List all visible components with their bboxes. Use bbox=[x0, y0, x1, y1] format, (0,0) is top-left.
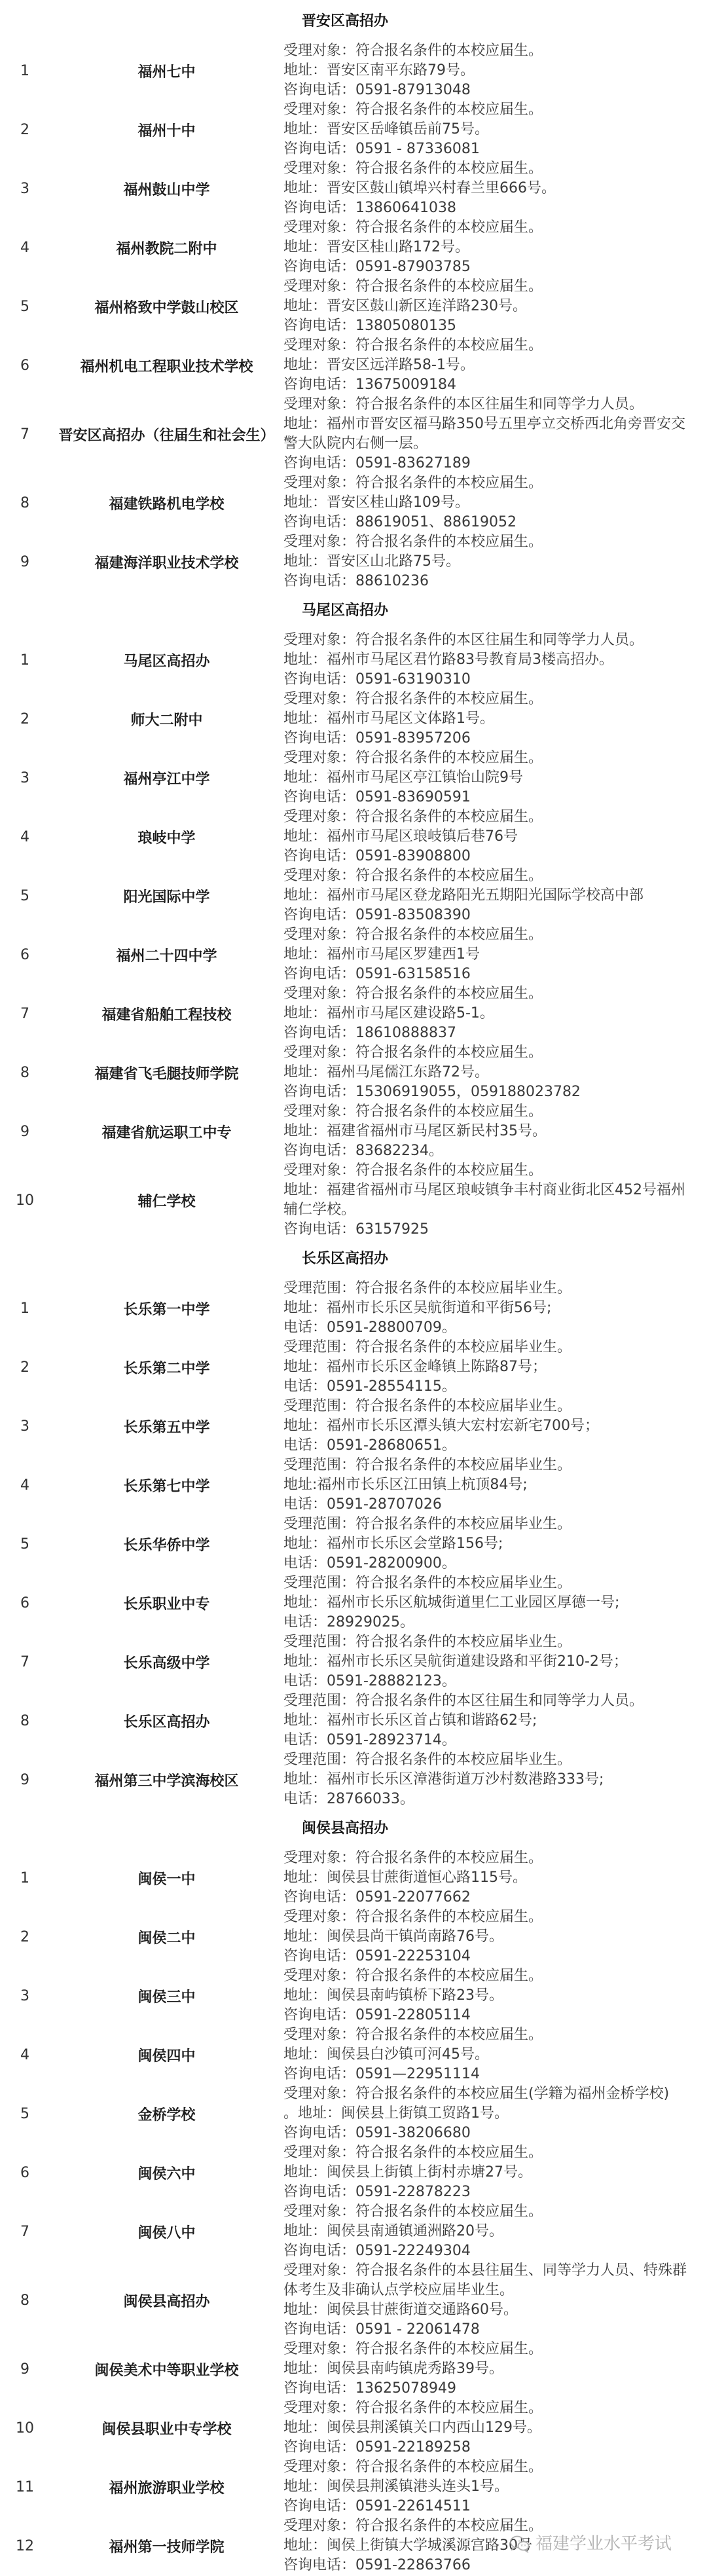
row-number: 8 bbox=[0, 2292, 50, 2309]
school-row: 4 闽侯四中 受理对象：符合报名条件的本校应届生。 地址：闽侯县白沙镇可河45号… bbox=[0, 2025, 707, 2084]
school-info: 受理对象：符合报名条件的本校应届生。 地址：福州市马尾区建设路5-1。 咨询电话… bbox=[283, 984, 696, 1043]
school-name: 闽侯县高招办 bbox=[50, 2291, 283, 2311]
school-info: 受理对象：符合报名条件的本校应届生。 地址：闽侯县甘蔗街道恒心路115号。 咨询… bbox=[283, 1849, 696, 1907]
row-number: 4 bbox=[0, 240, 50, 256]
row-number: 8 bbox=[0, 1065, 50, 1081]
school-row: 5 阳光国际中学 受理对象：符合报名条件的本校应届生。 地址：福州市马尾区登龙路… bbox=[0, 866, 707, 925]
school-name: 长乐职业中专 bbox=[50, 1593, 283, 1613]
school-list: 1 长乐第一中学 受理范围：符合报名条件的本校应届毕业生。 地址：福州市长乐区吴… bbox=[0, 1279, 707, 1809]
school-row: 2 长乐第二中学 受理范围：符合报名条件的本校应届毕业生。 地址：福州市长乐区金… bbox=[0, 1338, 707, 1397]
phone-line: 电话：0591-28882123。 bbox=[283, 1672, 696, 1691]
school-info: 受理范围：符合报名条件的本校应届毕业生。 地址:福州市长乐区江田镇上杭顶84号;… bbox=[283, 1456, 696, 1515]
school-info: 受理对象：符合报名条件的本校应届生。 地址：闽侯县南屿镇桥下路23号。 咨询电话… bbox=[283, 1966, 696, 2025]
phone-line: 电话：0591-28680651。 bbox=[283, 1436, 696, 1456]
address-line: 地址：福州市长乐区首占镇和谐路62号; bbox=[283, 1711, 696, 1731]
school-info: 受理对象：符合报名条件的本校应届生。 地址：闽侯县荆溪镇关口内西山129号。 咨… bbox=[283, 2399, 696, 2457]
phone-line: 咨询电话：0591—22951114 bbox=[283, 2065, 696, 2084]
address-line: 地址：晋安区桂山路109号。 bbox=[283, 493, 696, 513]
school-info: 受理对象：符合报名条件的本校应届生。 地址：闽侯县南通镇通洲路20号。 咨询电话… bbox=[283, 2202, 696, 2261]
wechat-icon bbox=[509, 2535, 530, 2553]
address-line: 地址：闽侯县甘蔗街道交通路60号。 bbox=[283, 2300, 696, 2320]
phone-line: 电话：0591-28707026 bbox=[283, 1495, 696, 1515]
address-line: 地址：闽侯县白沙镇可河45号。 bbox=[283, 2045, 696, 2065]
watermark-text: 福建学业水平考试 bbox=[535, 2533, 672, 2555]
row-number: 5 bbox=[0, 1536, 50, 1553]
school-row: 6 福州机电工程职业技术学校 受理对象：符合报名条件的本校应届生。 地址：晋安区… bbox=[0, 336, 707, 395]
row-number: 2 bbox=[0, 1359, 50, 1376]
address-line: 地址：闽侯县荆溪镇港头连头1号。 bbox=[283, 2477, 696, 2497]
phone-line: 咨询电话：63157925 bbox=[283, 1220, 696, 1240]
admissions-contact-table: 晋安区高招办 1 福州七中 受理对象：符合报名条件的本校应届生。 地址：晋安区南… bbox=[0, 2, 707, 2575]
row-number: 4 bbox=[0, 1477, 50, 1494]
school-row: 6 长乐职业中专 受理范围：符合报名条件的本校应届毕业生。 地址：福州市长乐区航… bbox=[0, 1573, 707, 1632]
school-row: 9 福建省航运职工中专 受理对象：符合报名条件的本校应届生。 地址：福建省福州市… bbox=[0, 1102, 707, 1161]
school-row: 2 福州十中 受理对象：符合报名条件的本校应届生。 地址：晋安区岳峰镇岳前75号… bbox=[0, 100, 707, 159]
school-name: 金桥学校 bbox=[50, 2104, 283, 2124]
address-line: 地址：福州市长乐区金峰镇上陈路87号； bbox=[283, 1357, 696, 1377]
phone-line: 咨询电话：0591-22249304 bbox=[283, 2241, 696, 2261]
school-name: 福州教院二附中 bbox=[50, 238, 283, 258]
school-name: 长乐第二中学 bbox=[50, 1357, 283, 1378]
watermark: 福建学业水平考试 bbox=[509, 2533, 672, 2555]
school-info: 受理对象：符合报名条件的本校应届生。 地址：晋安区远洋路58-1号。 咨询电话：… bbox=[283, 336, 696, 395]
school-info: 受理对象：符合报名条件的本校应届生。 地址：晋安区鼓山镇埠兴村春兰里666号。 … bbox=[283, 159, 696, 218]
eligibility-line: 受理范围：符合报名条件的本校应届毕业生。 bbox=[283, 1632, 696, 1652]
address-line: 地址：晋安区桂山路172号。 bbox=[283, 238, 696, 257]
eligibility-line: 受理对象：符合报名条件的本校应届生。 bbox=[283, 41, 696, 61]
row-number: 5 bbox=[0, 888, 50, 904]
school-info: 受理范围：符合报名条件的本校应届毕业生。 地址：福州市长乐区吴航街道建设路和平街… bbox=[283, 1632, 696, 1691]
school-row: 7 福建省船舶工程技校 受理对象：符合报名条件的本校应届生。 地址：福州市马尾区… bbox=[0, 984, 707, 1043]
district-section: 闽侯县高招办 1 闽侯一中 受理对象：符合报名条件的本校应届生。 地址：闽侯县甘… bbox=[0, 1809, 707, 2575]
school-name: 闽侯八中 bbox=[50, 2222, 283, 2242]
row-number: 1 bbox=[0, 652, 50, 669]
school-info: 受理范围：符合报名条件的本校应届毕业生。 地址：福州市长乐区会堂路156号; 电… bbox=[283, 1515, 696, 1573]
school-name: 辅仁学校 bbox=[50, 1190, 283, 1211]
school-name: 琅岐中学 bbox=[50, 827, 283, 847]
school-row: 3 长乐第五中学 受理范围：符合报名条件的本校应届毕业生。 地址：福州市长乐区潭… bbox=[0, 1397, 707, 1456]
school-name: 师大二附中 bbox=[50, 709, 283, 729]
eligibility-line: 受理对象：符合报名条件的本校应届生。 bbox=[283, 532, 696, 552]
school-info: 受理对象：符合报名条件的本区往届生和同等学力人员。 地址：福州市马尾区君竹路83… bbox=[283, 631, 696, 690]
school-name: 长乐第五中学 bbox=[50, 1416, 283, 1437]
address-line: 地址：晋安区鼓山新区连洋路230号。 bbox=[283, 297, 696, 316]
phone-line: 咨询电话：0591-63158516 bbox=[283, 965, 696, 984]
school-name: 福州亭江中学 bbox=[50, 768, 283, 788]
row-number: 6 bbox=[0, 947, 50, 963]
school-name: 福建省飞毛腿技师学院 bbox=[50, 1063, 283, 1083]
phone-line: 咨询电话：0591-22253104 bbox=[283, 1947, 696, 1966]
eligibility-line: 受理范围：符合报名条件的本区往届生和同等学力人员。 bbox=[283, 1691, 696, 1711]
school-name: 长乐第一中学 bbox=[50, 1298, 283, 1319]
school-info: 受理范围：符合报名条件的本校应届毕业生。 地址：福州市长乐区潭头镇大宏村宏新宅7… bbox=[283, 1397, 696, 1456]
phone-line: 电话：28929025。 bbox=[283, 1613, 696, 1632]
eligibility-line: 受理对象：符合报名条件的本区往届生和同等学力人员。 bbox=[283, 395, 696, 414]
school-info: 受理范围：符合报名条件的本校应届毕业生。 地址：福州市长乐区吴航街道和平街56号… bbox=[283, 1279, 696, 1338]
school-info: 受理范围：符合报名条件的本区往届生和同等学力人员。 地址：福州市长乐区首占镇和谐… bbox=[283, 1691, 696, 1750]
school-row: 10 闽侯县职业中专学校 受理对象：符合报名条件的本校应届生。 地址：闽侯县荆溪… bbox=[0, 2399, 707, 2457]
row-number: 8 bbox=[0, 1713, 50, 1729]
school-row: 3 福州鼓山中学 受理对象：符合报名条件的本校应届生。 地址：晋安区鼓山镇埠兴村… bbox=[0, 159, 707, 218]
school-list: 1 福州七中 受理对象：符合报名条件的本校应届生。 地址：晋安区南平东路79号。… bbox=[0, 41, 707, 591]
address-line: 地址：福州市长乐区会堂路156号; bbox=[283, 1534, 696, 1554]
eligibility-line: 受理对象：符合报名条件的本区往届生和同等学力人员。 bbox=[283, 631, 696, 650]
school-row: 6 闽侯六中 受理对象：符合报名条件的本校应届生。 地址：闽侯县上街镇上街村赤塘… bbox=[0, 2143, 707, 2202]
phone-line: 电话：0591-28800709。 bbox=[283, 1318, 696, 1338]
eligibility-line: 受理对象：符合报名条件的本校应届生。 bbox=[283, 690, 696, 709]
school-name: 长乐华侨中学 bbox=[50, 1534, 283, 1555]
school-name: 福州十中 bbox=[50, 120, 283, 140]
district-section: 长乐区高招办 1 长乐第一中学 受理范围：符合报名条件的本校应届毕业生。 地址：… bbox=[0, 1240, 707, 1809]
school-row: 9 福建海洋职业技术学校 受理对象：符合报名条件的本校应届生。 地址：晋安区山北… bbox=[0, 532, 707, 591]
school-info: 受理范围：符合报名条件的本校应届毕业生。 地址：福州市长乐区金峰镇上陈路87号；… bbox=[283, 1338, 696, 1397]
phone-line: 咨询电话：0591-22805114 bbox=[283, 2006, 696, 2025]
phone-line: 咨询电话：0591-38206680 bbox=[283, 2124, 696, 2143]
address-line: 地址：福州市长乐区航城街道里仁工业园区厚德一号; bbox=[283, 1593, 696, 1613]
address-line: 地址：闽侯县上街镇上街村赤塘27号。 bbox=[283, 2163, 696, 2182]
phone-line: 咨询电话：13625078949 bbox=[283, 2379, 696, 2399]
phone-line: 咨询电话：0591-87913048 bbox=[283, 81, 696, 100]
school-row: 6 福州二十四中学 受理对象：符合报名条件的本校应届生。 地址：福州市马尾区罗建… bbox=[0, 925, 707, 984]
school-name: 福建海洋职业技术学校 bbox=[50, 552, 283, 572]
phone-line: 咨询电话：18610888837 bbox=[283, 1023, 696, 1043]
school-row: 7 晋安区高招办（往届生和社会生） 受理对象：符合报名条件的本区往届生和同等学力… bbox=[0, 395, 707, 473]
school-row: 3 福州亭江中学 受理对象：符合报名条件的本校应届生。 地址：福州市马尾区亭江镇… bbox=[0, 748, 707, 807]
eligibility-line: 受理对象：符合报名条件的本校应届生。 bbox=[283, 1102, 696, 1122]
school-name: 福州七中 bbox=[50, 61, 283, 81]
eligibility-line: 受理对象：符合报名条件的本校应届生(学籍为福州金桥学校) bbox=[283, 2084, 696, 2104]
school-name: 福建铁路机电学校 bbox=[50, 493, 283, 513]
row-number: 6 bbox=[0, 2165, 50, 2181]
phone-line: 咨询电话：0591-87903785 bbox=[283, 257, 696, 277]
eligibility-line: 受理对象：符合报名条件的本校应届生。 bbox=[283, 1907, 696, 1927]
address-line: 地址：闽侯县尚干镇尚南路76号。 bbox=[283, 1927, 696, 1947]
row-number: 3 bbox=[0, 770, 50, 786]
phone-line: 咨询电话：0591-22878223 bbox=[283, 2182, 696, 2202]
school-name: 长乐高级中学 bbox=[50, 1652, 283, 1672]
phone-line: 咨询电话：0591 - 87336081 bbox=[283, 139, 696, 159]
school-row: 4 福州教院二附中 受理对象：符合报名条件的本校应届生。 地址：晋安区桂山路17… bbox=[0, 218, 707, 277]
row-number: 4 bbox=[0, 2047, 50, 2063]
row-number: 4 bbox=[0, 829, 50, 845]
eligibility-line: 受理对象：符合报名条件的本校应届生。 bbox=[283, 1966, 696, 1986]
address-line: 地址：福州市长乐区吴航街道建设路和平街210-2号； bbox=[283, 1652, 696, 1672]
school-name: 闽侯一中 bbox=[50, 1868, 283, 1888]
address-line: 地址：福州市马尾区建设路5-1。 bbox=[283, 1004, 696, 1023]
eligibility-line: 受理对象：符合报名条件的本校应届生。 bbox=[283, 748, 696, 768]
row-number: 1 bbox=[0, 63, 50, 79]
address-line: 地址：福州市长乐区漳港街道万沙村数港路333号; bbox=[283, 1770, 696, 1790]
row-number: 1 bbox=[0, 1300, 50, 1317]
school-name: 闽侯四中 bbox=[50, 2045, 283, 2065]
phone-line: 咨询电话：88610236 bbox=[283, 572, 696, 591]
school-name: 闽侯二中 bbox=[50, 1927, 283, 1947]
school-info: 受理对象：符合报名条件的本校应届生。 地址：晋安区桂山路172号。 咨询电话：0… bbox=[283, 218, 696, 277]
school-info: 受理范围：符合报名条件的本校应届毕业生。 地址：福州市长乐区漳港街道万沙村数港路… bbox=[283, 1750, 696, 1809]
phone-line: 咨询电话：88619051、88619052 bbox=[283, 513, 696, 532]
eligibility-line: 受理范围：符合报名条件的本校应届毕业生。 bbox=[283, 1573, 696, 1593]
eligibility-line: 受理范围：符合报名条件的本校应届毕业生。 bbox=[283, 1750, 696, 1770]
eligibility-line: 受理对象：符合报名条件的本校应届生。 bbox=[283, 807, 696, 827]
row-number: 1 bbox=[0, 1870, 50, 1886]
school-row: 4 琅岐中学 受理对象：符合报名条件的本校应届生。 地址：福州市马尾区琅岐镇后巷… bbox=[0, 807, 707, 866]
school-info: 受理对象：符合报名条件的本校应届生。 地址：闽侯县白沙镇可河45号。 咨询电话：… bbox=[283, 2025, 696, 2084]
row-number: 7 bbox=[0, 1006, 50, 1022]
row-number: 7 bbox=[0, 426, 50, 443]
row-number: 8 bbox=[0, 495, 50, 511]
row-number: 5 bbox=[0, 2106, 50, 2122]
continuation-line: 体考生及非确认点学校应届毕业生。 bbox=[283, 2281, 696, 2300]
address-line: 地址：福州市晋安区福马路350号五里亭立交桥西北角旁晋安交 bbox=[283, 414, 696, 434]
school-name: 福州旅游职业学校 bbox=[50, 2477, 283, 2497]
school-row: 8 长乐区高招办 受理范围：符合报名条件的本区往届生和同等学力人员。 地址：福州… bbox=[0, 1691, 707, 1750]
school-info: 受理对象：符合报名条件的本校应届生。 地址：闽侯县上街镇上街村赤塘27号。 咨询… bbox=[283, 2143, 696, 2202]
phone-line: 咨询电话：0591-22614511 bbox=[283, 2497, 696, 2516]
school-name: 福建省船舶工程技校 bbox=[50, 1004, 283, 1024]
phone-line: 咨询电话：0591-63190310 bbox=[283, 670, 696, 690]
district-section: 晋安区高招办 1 福州七中 受理对象：符合报名条件的本校应届生。 地址：晋安区南… bbox=[0, 2, 707, 591]
address-line: 地址：晋安区远洋路58-1号。 bbox=[283, 356, 696, 375]
eligibility-line: 受理范围：符合报名条件的本校应届毕业生。 bbox=[283, 1456, 696, 1475]
school-name: 晋安区高招办（往届生和社会生） bbox=[50, 424, 283, 445]
school-name: 长乐区高招办 bbox=[50, 1711, 283, 1731]
phone-line: 咨询电话：0591-83908800 bbox=[283, 847, 696, 866]
phone-line: 咨询电话：0591-22189258 bbox=[283, 2438, 696, 2457]
phone-line: 咨询电话：0591-22077662 bbox=[283, 1888, 696, 1907]
school-name: 闽侯三中 bbox=[50, 1986, 283, 2006]
phone-line: 电话：0591-28200900。 bbox=[283, 1554, 696, 1573]
phone-line: 咨询电话：0591-83508390 bbox=[283, 906, 696, 925]
school-row: 1 福州七中 受理对象：符合报名条件的本校应届生。 地址：晋安区南平东路79号。… bbox=[0, 41, 707, 100]
school-info: 受理对象：符合报名条件的本校应届生。 地址：晋安区南平东路79号。 咨询电话：0… bbox=[283, 41, 696, 100]
row-number: 2 bbox=[0, 122, 50, 138]
school-row: 4 长乐第七中学 受理范围：符合报名条件的本校应届毕业生。 地址:福州市长乐区江… bbox=[0, 1456, 707, 1515]
phone-line: 咨询电话：15306919055，059188023782 bbox=[283, 1082, 696, 1102]
row-number: 9 bbox=[0, 2361, 50, 2378]
school-name: 闽侯县职业中专学校 bbox=[50, 2418, 283, 2438]
address-line: 地址：闽侯县甘蔗街道恒心路115号。 bbox=[283, 1868, 696, 1888]
school-row: 7 长乐高级中学 受理范围：符合报名条件的本校应届毕业生。 地址：福州市长乐区吴… bbox=[0, 1632, 707, 1691]
school-info: 受理对象：符合报名条件的本校应届生。 地址：福州市马尾区亭江镇怡山院9号 咨询电… bbox=[283, 748, 696, 807]
eligibility-line: 受理对象：符合报名条件的本校应届生。 bbox=[283, 1161, 696, 1181]
row-number: 3 bbox=[0, 181, 50, 197]
school-name: 福州格致中学鼓山校区 bbox=[50, 297, 283, 317]
address-line: 地址：晋安区岳峰镇岳前75号。 bbox=[283, 120, 696, 139]
address-line: 地址：福建省福州市马尾区琅岐镇争丰村商业街北区452号福州 bbox=[283, 1181, 696, 1200]
section-title: 晋安区高招办 bbox=[0, 2, 690, 41]
school-info: 受理对象：符合报名条件的本校应届生(学籍为福州金桥学校) 。地址：闽侯县上街镇工… bbox=[283, 2084, 696, 2143]
eligibility-line: 受理对象：符合报名条件的本校应届生。 bbox=[283, 473, 696, 493]
eligibility-line: 受理范围：符合报名条件的本校应届毕业生。 bbox=[283, 1338, 696, 1357]
eligibility-line: 受理对象：符合报名条件的本县往届生、同等学力人员、特殊群 bbox=[283, 2261, 696, 2281]
phone-line: 咨询电话：0591-83957206 bbox=[283, 729, 696, 748]
eligibility-line: 受理范围：符合报名条件的本校应届毕业生。 bbox=[283, 1279, 696, 1298]
address-line: 地址：晋安区南平东路79号。 bbox=[283, 61, 696, 81]
phone-line: 咨询电话：0591-83690591 bbox=[283, 788, 696, 807]
school-info: 受理对象：符合报名条件的本校应届生。 地址：福州市马尾区文体路1号。 咨询电话：… bbox=[283, 690, 696, 748]
school-list: 1 闽侯一中 受理对象：符合报名条件的本校应届生。 地址：闽侯县甘蔗街道恒心路1… bbox=[0, 1849, 707, 2575]
eligibility-line: 受理对象：符合报名条件的本校应届生。 bbox=[283, 100, 696, 120]
phone-line: 电话：28766033。 bbox=[283, 1790, 696, 1809]
school-name: 福建省航运职工中专 bbox=[50, 1122, 283, 1142]
eligibility-line: 受理对象：符合报名条件的本校应届生。 bbox=[283, 984, 696, 1004]
school-info: 受理对象：符合报名条件的本校应届生。 地址：晋安区鼓山新区连洋路230号。 咨询… bbox=[283, 277, 696, 336]
row-number: 11 bbox=[0, 2479, 50, 2495]
row-number: 7 bbox=[0, 1654, 50, 1670]
school-info: 受理对象：符合报名条件的本校应届生。 地址：晋安区岳峰镇岳前75号。 咨询电话：… bbox=[283, 100, 696, 159]
school-info: 受理对象：符合报名条件的本校应届生。 地址：闽侯县尚干镇尚南路76号。 咨询电话… bbox=[283, 1907, 696, 1966]
row-number: 6 bbox=[0, 1595, 50, 1611]
address-line: 地址：福州市马尾区琅岐镇后巷76号 bbox=[283, 827, 696, 847]
row-number: 12 bbox=[0, 2538, 50, 2554]
school-row: 2 师大二附中 受理对象：符合报名条件的本校应届生。 地址：福州市马尾区文体路1… bbox=[0, 690, 707, 748]
school-name: 福州鼓山中学 bbox=[50, 179, 283, 199]
school-row: 8 闽侯县高招办 受理对象：符合报名条件的本县往届生、同等学力人员、特殊群 体考… bbox=[0, 2261, 707, 2340]
school-info: 受理对象：符合报名条件的本校应届生。 地址：福州马尾儒江东路72号。 咨询电话：… bbox=[283, 1043, 696, 1102]
eligibility-line: 受理对象：符合报名条件的本校应届生。 bbox=[283, 925, 696, 945]
address-line: 地址：福州马尾儒江东路72号。 bbox=[283, 1063, 696, 1082]
eligibility-line: 受理对象：符合报名条件的本校应届生。 bbox=[283, 159, 696, 179]
eligibility-line: 受理对象：符合报名条件的本校应届生。 bbox=[283, 2457, 696, 2477]
school-name: 长乐第七中学 bbox=[50, 1475, 283, 1496]
address-line: 地址:福州市长乐区江田镇上杭顶84号; bbox=[283, 1475, 696, 1495]
row-number: 10 bbox=[0, 1192, 50, 1209]
phone-line: 咨询电话：13675009184 bbox=[283, 375, 696, 395]
eligibility-line: 受理对象：符合报名条件的本校应届生。 bbox=[283, 218, 696, 238]
address-line: 地址：福州市马尾区登龙路阳光五期阳光国际学校高中部 bbox=[283, 886, 696, 906]
eligibility-line: 受理对象：符合报名条件的本校应届生。 bbox=[283, 1043, 696, 1063]
eligibility-line: 受理对象：符合报名条件的本校应届生。 bbox=[283, 336, 696, 356]
school-row: 9 福州第三中学滨海校区 受理范围：符合报名条件的本校应届毕业生。 地址：福州市… bbox=[0, 1750, 707, 1809]
section-title: 马尾区高招办 bbox=[0, 591, 690, 631]
school-row: 5 福州格致中学鼓山校区 受理对象：符合报名条件的本校应届生。 地址：晋安区鼓山… bbox=[0, 277, 707, 336]
school-info: 受理对象：符合报名条件的本校应届生。 地址：闽侯县荆溪镇港头连头1号。 咨询电话… bbox=[283, 2457, 696, 2516]
school-info: 受理对象：符合报名条件的本县往届生、同等学力人员、特殊群 体考生及非确认点学校应… bbox=[283, 2261, 696, 2340]
school-name: 马尾区高招办 bbox=[50, 650, 283, 671]
eligibility-line: 受理对象：符合报名条件的本校应届生。 bbox=[283, 866, 696, 886]
school-row: 8 福建省飞毛腿技师学院 受理对象：符合报名条件的本校应届生。 地址：福州马尾儒… bbox=[0, 1043, 707, 1102]
school-info: 受理对象：符合报名条件的本校应届生。 地址：福建省福州市马尾区新民村35号。 咨… bbox=[283, 1102, 696, 1161]
eligibility-line: 受理对象：符合报名条件的本校应届生。 bbox=[283, 2340, 696, 2359]
address-line: 地址：福州市马尾区亭江镇怡山院9号 bbox=[283, 768, 696, 788]
eligibility-line: 受理对象：符合报名条件的本校应届生。 bbox=[283, 277, 696, 297]
row-number: 5 bbox=[0, 299, 50, 315]
phone-line: 咨询电话：0591-83627189 bbox=[283, 454, 696, 473]
school-name: 阳光国际中学 bbox=[50, 886, 283, 906]
eligibility-line: 受理对象：符合报名条件的本校应届生。 bbox=[283, 2202, 696, 2222]
district-section: 马尾区高招办 1 马尾区高招办 受理对象：符合报名条件的本区往届生和同等学力人员… bbox=[0, 591, 707, 1240]
continuation-line: 辅仁学校。 bbox=[283, 1200, 696, 1220]
phone-line: 咨询电话：0591-22863766 bbox=[283, 2556, 696, 2575]
section-title: 闽侯县高招办 bbox=[0, 1809, 690, 1849]
address-line: 地址：福建省福州市马尾区新民村35号。 bbox=[283, 1122, 696, 1141]
school-name: 闽侯美术中等职业学校 bbox=[50, 2359, 283, 2380]
school-info: 受理对象：符合报名条件的本校应届生。 地址：福州市马尾区琅岐镇后巷76号 咨询电… bbox=[283, 807, 696, 866]
phone-line: 咨询电话：0591 - 22061478 bbox=[283, 2320, 696, 2340]
school-row: 1 马尾区高招办 受理对象：符合报名条件的本区往届生和同等学力人员。 地址：福州… bbox=[0, 631, 707, 690]
row-number: 9 bbox=[0, 1124, 50, 1140]
address-line: 地址：闽侯县南屿镇虎秀路39号。 bbox=[283, 2359, 696, 2379]
row-number: 3 bbox=[0, 1418, 50, 1435]
eligibility-line: 受理对象：符合报名条件的本校应届生。 bbox=[283, 2399, 696, 2418]
school-info: 受理对象：符合报名条件的本区往届生和同等学力人员。 地址：福州市晋安区福马路35… bbox=[283, 395, 696, 473]
continuation-line: 警大队院内右侧一层。 bbox=[283, 434, 696, 454]
school-name: 福州二十四中学 bbox=[50, 945, 283, 965]
row-number: 9 bbox=[0, 554, 50, 570]
eligibility-line: 受理范围：符合报名条件的本校应届毕业生。 bbox=[283, 1397, 696, 1416]
address-line: 地址：福州市马尾区文体路1号。 bbox=[283, 709, 696, 729]
address-line: 地址：闽侯县荆溪镇关口内西山129号。 bbox=[283, 2418, 696, 2438]
address-line: 地址：福州市马尾区罗建西1号 bbox=[283, 945, 696, 965]
phone-line: 电话：0591-28554115。 bbox=[283, 1377, 696, 1397]
address-line: 地址：福州市马尾区君竹路83号教育局3楼高招办。 bbox=[283, 650, 696, 670]
school-info: 受理对象：符合报名条件的本校应届生。 地址：晋安区桂山路109号。 咨询电话：8… bbox=[283, 473, 696, 532]
school-info: 受理范围：符合报名条件的本校应届毕业生。 地址：福州市长乐区航城街道里仁工业园区… bbox=[283, 1573, 696, 1632]
address-line: 地址：晋安区山北路75号。 bbox=[283, 552, 696, 572]
school-name: 福州第三中学滨海校区 bbox=[50, 1770, 283, 1790]
row-number: 2 bbox=[0, 711, 50, 727]
school-row: 3 闽侯三中 受理对象：符合报名条件的本校应届生。 地址：闽侯县南屿镇桥下路23… bbox=[0, 1966, 707, 2025]
school-info: 受理对象：符合报名条件的本校应届生。 地址：闽侯县南屿镇虎秀路39号。 咨询电话… bbox=[283, 2340, 696, 2399]
school-row: 5 长乐华侨中学 受理范围：符合报名条件的本校应届毕业生。 地址：福州市长乐区会… bbox=[0, 1515, 707, 1573]
school-row: 2 闽侯二中 受理对象：符合报名条件的本校应届生。 地址：闽侯县尚干镇尚南路76… bbox=[0, 1907, 707, 1966]
row-number: 2 bbox=[0, 1929, 50, 1945]
eligibility-line: 受理范围：符合报名条件的本校应届毕业生。 bbox=[283, 1515, 696, 1534]
row-number: 7 bbox=[0, 2224, 50, 2240]
phone-line: 咨询电话：83682234。 bbox=[283, 1141, 696, 1161]
school-row: 1 长乐第一中学 受理范围：符合报名条件的本校应届毕业生。 地址：福州市长乐区吴… bbox=[0, 1279, 707, 1338]
phone-line: 咨询电话：13860641038 bbox=[283, 198, 696, 218]
row-number: 9 bbox=[0, 1772, 50, 1788]
row-number: 10 bbox=[0, 2420, 50, 2437]
address-line: 地址：福州市长乐区潭头镇大宏村宏新宅700号； bbox=[283, 1416, 696, 1436]
address-line: 地址：晋安区鼓山镇埠兴村春兰里666号。 bbox=[283, 179, 696, 198]
address-line: 地址：闽侯县南屿镇桥下路23号。 bbox=[283, 1986, 696, 2006]
phone-line: 咨询电话：13805080135 bbox=[283, 316, 696, 336]
section-title: 长乐区高招办 bbox=[0, 1240, 690, 1279]
school-row: 7 闽侯八中 受理对象：符合报名条件的本校应届生。 地址：闽侯县南通镇通洲路20… bbox=[0, 2202, 707, 2261]
eligibility-line: 受理对象：符合报名条件的本校应届生。 bbox=[283, 1849, 696, 1868]
school-name: 福州第一技师学院 bbox=[50, 2536, 283, 2556]
eligibility-line: 受理对象：符合报名条件的本校应届生。 bbox=[283, 2025, 696, 2045]
school-row: 9 闽侯美术中等职业学校 受理对象：符合报名条件的本校应届生。 地址：闽侯县南屿… bbox=[0, 2340, 707, 2399]
school-row: 8 福建铁路机电学校 受理对象：符合报名条件的本校应届生。 地址：晋安区桂山路1… bbox=[0, 473, 707, 532]
school-name: 闽侯六中 bbox=[50, 2163, 283, 2183]
school-row: 5 金桥学校 受理对象：符合报名条件的本校应届生(学籍为福州金桥学校) 。地址：… bbox=[0, 2084, 707, 2143]
school-row: 1 闽侯一中 受理对象：符合报名条件的本校应届生。 地址：闽侯县甘蔗街道恒心路1… bbox=[0, 1849, 707, 1907]
school-row: 10 辅仁学校 受理对象：符合报名条件的本校应届生。 地址：福建省福州市马尾区琅… bbox=[0, 1161, 707, 1240]
address-line: 地址：福州市长乐区吴航街道和平街56号; bbox=[283, 1298, 696, 1318]
school-row: 11 福州旅游职业学校 受理对象：符合报名条件的本校应届生。 地址：闽侯县荆溪镇… bbox=[0, 2457, 707, 2516]
row-number: 6 bbox=[0, 358, 50, 374]
school-info: 受理对象：符合报名条件的本校应届生。 地址：晋安区山北路75号。 咨询电话：88… bbox=[283, 532, 696, 591]
address-line: 地址：闽侯县南通镇通洲路20号。 bbox=[283, 2222, 696, 2241]
address-line: 。地址：闽侯县上街镇工贸路1号。 bbox=[283, 2104, 696, 2124]
school-info: 受理对象：符合报名条件的本校应届生。 地址：福州市马尾区罗建西1号 咨询电话：0… bbox=[283, 925, 696, 984]
school-name: 福州机电工程职业技术学校 bbox=[50, 356, 283, 376]
phone-line: 电话：0591-28923714。 bbox=[283, 1731, 696, 1750]
eligibility-line: 受理对象：符合报名条件的本校应届生。 bbox=[283, 2143, 696, 2163]
row-number: 3 bbox=[0, 1988, 50, 2004]
school-list: 1 马尾区高招办 受理对象：符合报名条件的本区往届生和同等学力人员。 地址：福州… bbox=[0, 631, 707, 1240]
school-info: 受理对象：符合报名条件的本校应届生。 地址：福州市马尾区登龙路阳光五期阳光国际学… bbox=[283, 866, 696, 925]
school-info: 受理对象：符合报名条件的本校应届生。 地址：福建省福州市马尾区琅岐镇争丰村商业街… bbox=[283, 1161, 696, 1240]
